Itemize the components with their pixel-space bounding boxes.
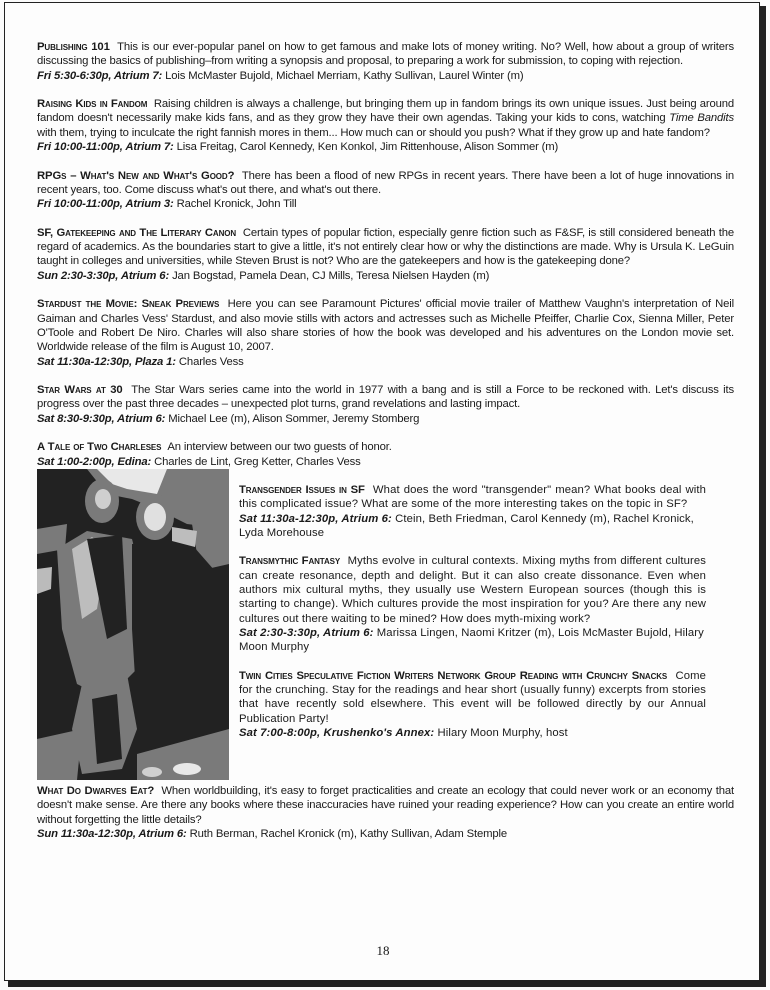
panel-schedule: Fri 10:00-11:00p, Atrium 3: [37, 198, 174, 210]
panel-schedule: Fri 10:00-11:00p, Atrium 7: [37, 141, 174, 153]
panel-title: Twin Cities Speculative Fiction Writers … [239, 670, 667, 682]
panel-schedule: Sat 11:30a-12:30p, Atrium 6: [239, 513, 392, 525]
panel-description: An interview between our two guests of h… [167, 441, 391, 453]
panel-schedule: Sat 11:30a-12:30p, Plaza 1: [37, 356, 176, 368]
panel-schedule: Sun 2:30-3:30p, Atrium 6: [37, 270, 169, 282]
panel-participants: Lisa Freitag, Carol Kennedy, Ken Konkol,… [177, 141, 559, 153]
panel-entry-transmythic-fantasy: Transmythic Fantasy Myths evolve in cult… [239, 554, 706, 654]
guests-of-honor-photo [37, 469, 229, 780]
panel-entry-star-wars: Star Wars at 30 The Star Wars series cam… [37, 383, 734, 426]
program-listings: Publishing 101 This is our ever-popular … [37, 40, 734, 855]
panel-title: Transmythic Fantasy [239, 555, 340, 567]
panel-entry-publishing-101: Publishing 101 This is our ever-popular … [37, 40, 734, 83]
panel-participants: Hilary Moon Murphy, host [438, 727, 568, 739]
panel-description: The Star Wars series came into the world… [37, 384, 734, 410]
panel-title: Stardust the Movie: Sneak Previews [37, 298, 219, 310]
panel-schedule: Sun 11:30a-12:30p, Atrium 6: [37, 828, 187, 840]
panel-entry-transgender-issues: Transgender Issues in SF What does the w… [239, 483, 706, 540]
panel-schedule: Sat 8:30-9:30p, Atrium 6: [37, 413, 165, 425]
film-title: Time Bandits [669, 112, 734, 124]
panel-title: SF, Gatekeeping and The Literary Canon [37, 227, 236, 239]
panel-participants: Michael Lee (m), Alison Sommer, Jeremy S… [168, 413, 419, 425]
panel-description: This is our ever-popular panel on how to… [37, 41, 734, 67]
panel-participants: Ruth Berman, Rachel Kronick (m), Kathy S… [190, 828, 507, 840]
panel-title: Star Wars at 30 [37, 384, 123, 396]
panel-entry-gatekeeping: SF, Gatekeeping and The Literary Canon C… [37, 226, 734, 283]
panel-title: Publishing 101 [37, 41, 110, 53]
panel-schedule: Fri 5:30-6:30p, Atrium 7: [37, 70, 162, 82]
panel-title: What Do Dwarves Eat? [37, 785, 154, 797]
photo-and-column-section: Transgender Issues in SF What does the w… [37, 469, 734, 782]
page-number: 18 [5, 943, 761, 959]
panel-entry-twin-cities-reading: Twin Cities Speculative Fiction Writers … [239, 669, 706, 740]
panel-schedule: Sat 7:00-8:00p, Krushenko's Annex: [239, 727, 434, 739]
panel-title: Transgender Issues in SF [239, 484, 365, 496]
description-text: with them, trying to inculcate the right… [37, 127, 710, 139]
panel-entry-dwarves-eat: What Do Dwarves Eat? When worldbuilding,… [37, 784, 734, 841]
panel-participants: Charles de Lint, Greg Ketter, Charles Ve… [154, 456, 361, 468]
panel-participants: Jan Bogstad, Pamela Dean, CJ Mills, Tere… [172, 270, 489, 282]
panel-entry-two-charleses: A Tale of Two Charleses An interview bet… [37, 440, 734, 469]
program-page: Publishing 101 This is our ever-popular … [4, 2, 760, 981]
panel-entry-rpgs: RPGs – What's New and What's Good? There… [37, 169, 734, 212]
panel-title: RPGs – What's New and What's Good? [37, 170, 234, 182]
panel-entry-raising-kids: Raising Kids in Fandom Raising children … [37, 97, 734, 154]
panel-schedule: Sat 1:00-2:00p, Edina: [37, 456, 151, 468]
photo-image [37, 469, 229, 780]
panel-schedule: Sat 2:30-3:30p, Atrium 6: [239, 627, 374, 639]
panel-title: Raising Kids in Fandom [37, 98, 147, 110]
panel-title: A Tale of Two Charleses [37, 441, 161, 453]
panel-entry-stardust: Stardust the Movie: Sneak Previews Here … [37, 297, 734, 368]
panel-participants: Charles Vess [179, 356, 244, 368]
panel-participants: Lois McMaster Bujold, Michael Merriam, K… [165, 70, 523, 82]
right-column-listings: Transgender Issues in SF What does the w… [239, 483, 706, 740]
panel-participants: Rachel Kronick, John Till [177, 198, 297, 210]
